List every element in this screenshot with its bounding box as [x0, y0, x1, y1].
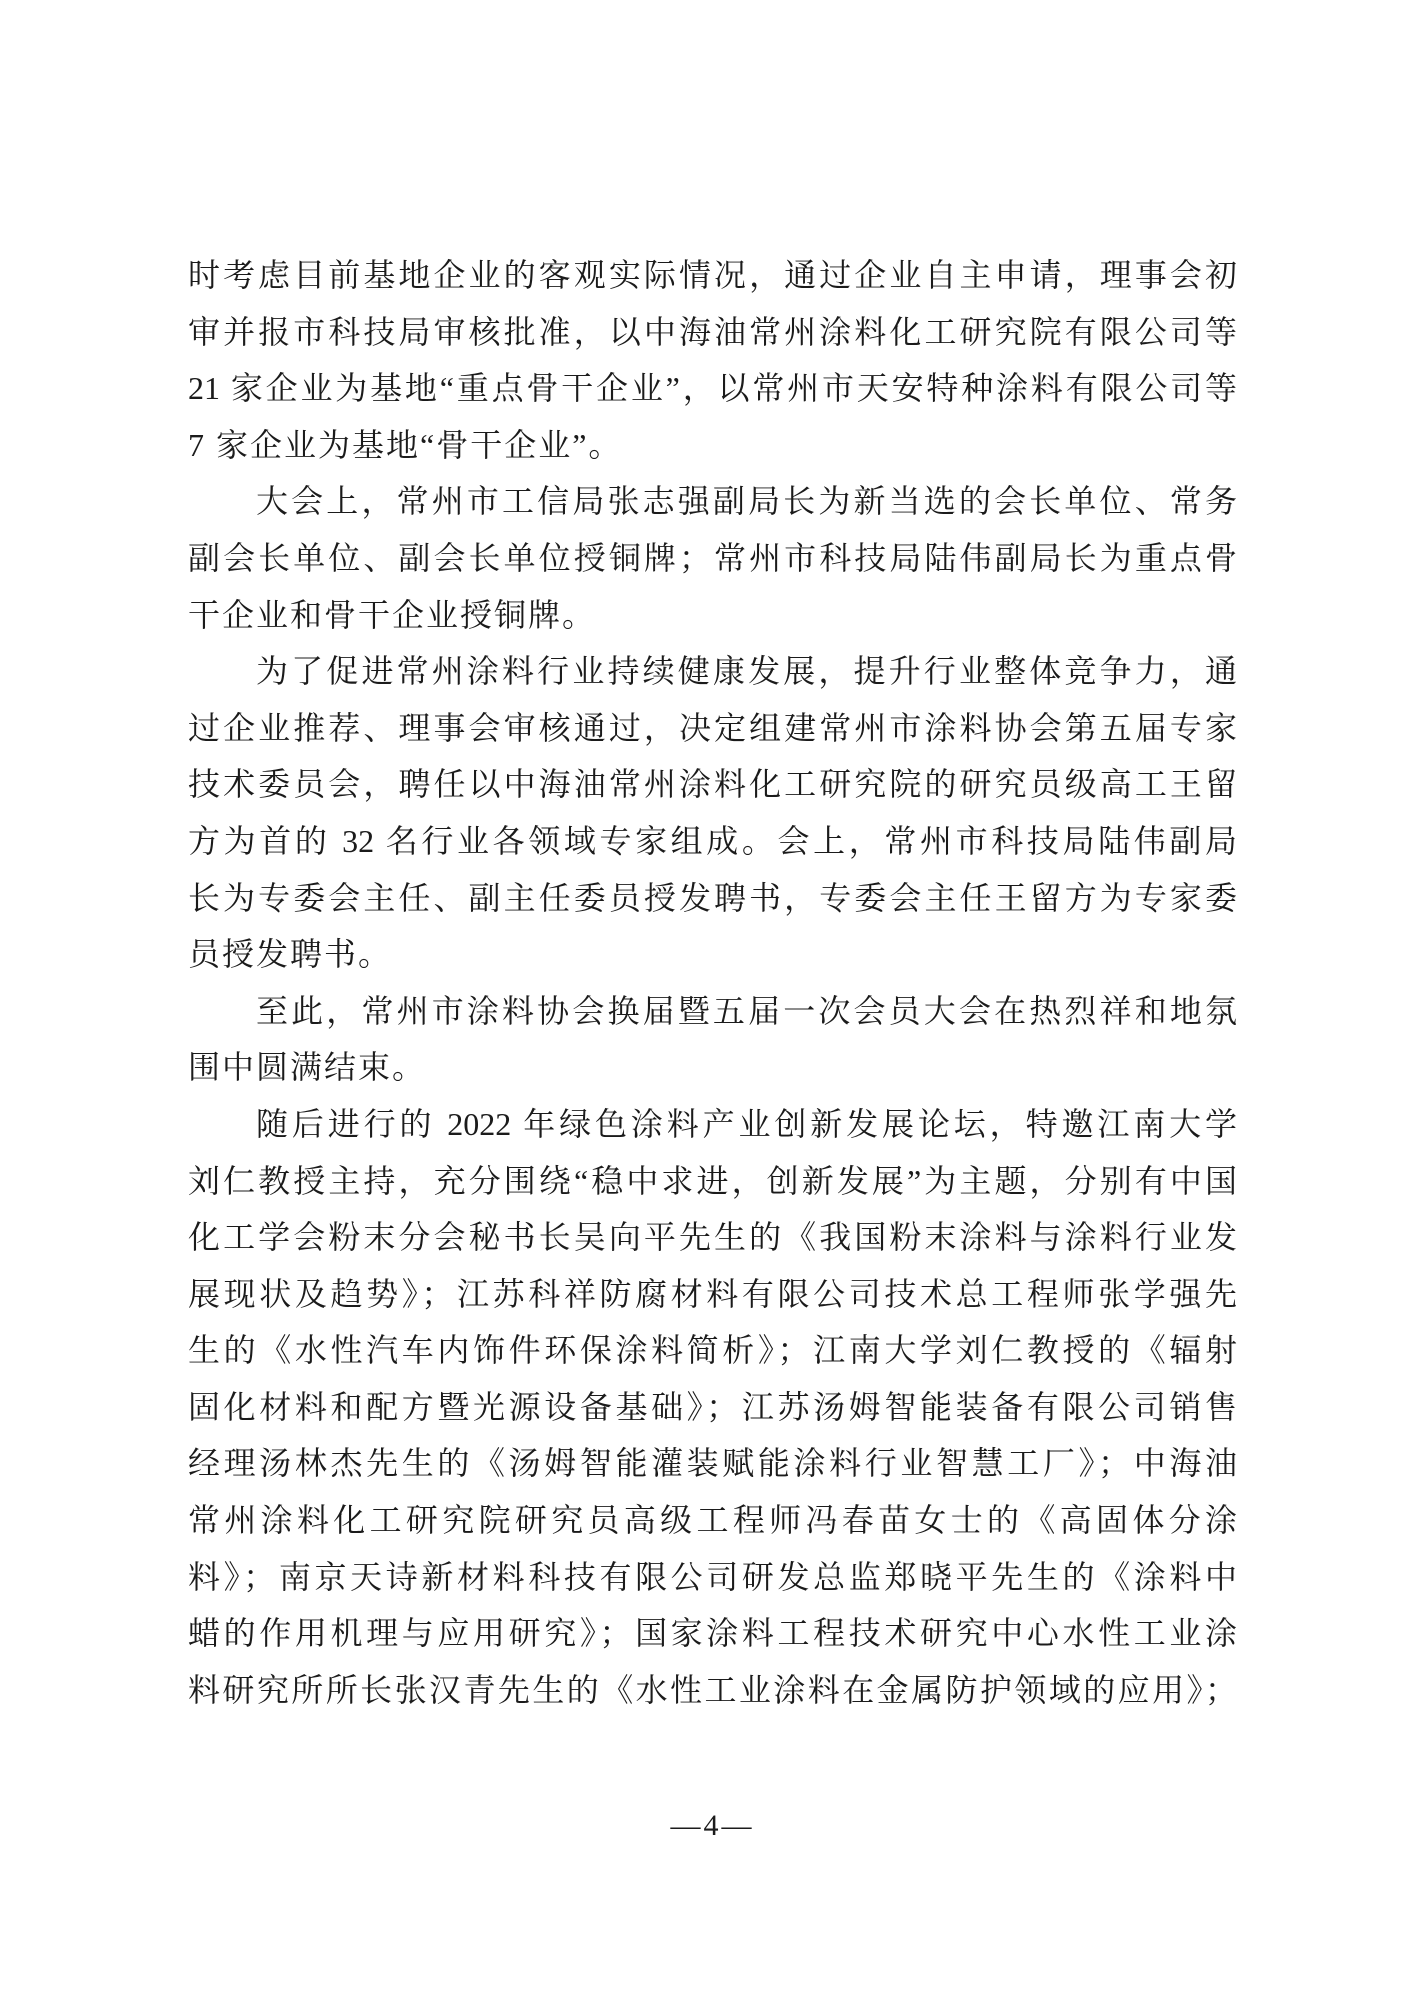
- text-line: 刘仁教授主持，充分围绕“稳中求进，创新发展”为主题，分别有中国: [188, 1153, 1237, 1210]
- text-line: 至此，常州市涂料协会换届暨五届一次会员大会在热烈祥和地氛: [188, 983, 1237, 1040]
- text-line: 常州涂料化工研究院研究员高级工程师冯春苗女士的《高固体分涂: [188, 1492, 1237, 1549]
- text-line: 长为专委会主任、副主任委员授发聘书，专委会主任王留方为专家委: [188, 870, 1237, 927]
- text-line: 干企业和骨干企业授铜牌。: [188, 587, 1237, 644]
- text-line: 副会长单位、副会长单位授铜牌；常州市科技局陆伟副局长为重点骨: [188, 530, 1237, 587]
- text-line: 固化材料和配方暨光源设备基础》；江苏汤姆智能装备有限公司销售: [188, 1379, 1237, 1436]
- body-text: 时考虑目前基地企业的客观实际情况，通过企业自主申请，理事会初审并报市科技局审核批…: [188, 247, 1237, 1718]
- text-line: 料》；南京天诗新材料科技有限公司研发总监郑晓平先生的《涂料中: [188, 1549, 1237, 1606]
- text-line: 蜡的作用机理与应用研究》；国家涂料工程技术研究中心水性工业涂: [188, 1605, 1237, 1662]
- text-line: 随后进行的 2022 年绿色涂料产业创新发展论坛，特邀江南大学: [188, 1096, 1237, 1153]
- text-line: 生的《水性汽车内饰件环保涂料简析》；江南大学刘仁教授的《辐射: [188, 1322, 1237, 1379]
- page-number: —4—: [188, 1806, 1237, 1846]
- text-line: 技术委员会，聘任以中海油常州涂料化工研究院的研究员级高工王留: [188, 756, 1237, 813]
- text-line: 员授发聘书。: [188, 926, 1237, 983]
- text-line: 为了促进常州涂料行业持续健康发展，提升行业整体竞争力，通: [188, 643, 1237, 700]
- document-page: 时考虑目前基地企业的客观实际情况，通过企业自主申请，理事会初审并报市科技局审核批…: [0, 0, 1415, 2000]
- text-line: 7 家企业为基地“骨干企业”。: [188, 417, 1237, 474]
- text-line: 化工学会粉末分会秘书长吴向平先生的《我国粉末涂料与涂料行业发: [188, 1209, 1237, 1266]
- text-line: 21 家企业为基地“重点骨干企业”，以常州市天安特种涂料有限公司等: [188, 360, 1237, 417]
- text-line: 大会上，常州市工信局张志强副局长为新当选的会长单位、常务: [188, 473, 1237, 530]
- text-line: 时考虑目前基地企业的客观实际情况，通过企业自主申请，理事会初: [188, 247, 1237, 304]
- text-line: 过企业推荐、理事会审核通过，决定组建常州市涂料协会第五届专家: [188, 700, 1237, 757]
- text-line: 围中圆满结束。: [188, 1039, 1237, 1096]
- text-line: 审并报市科技局审核批准，以中海油常州涂料化工研究院有限公司等: [188, 304, 1237, 361]
- text-line: 料研究所所长张汉青先生的《水性工业涂料在金属防护领域的应用》；: [188, 1662, 1237, 1719]
- text-line: 展现状及趋势》；江苏科祥防腐材料有限公司技术总工程师张学强先: [188, 1266, 1237, 1323]
- page-number-label: —4—: [671, 1809, 755, 1842]
- text-line: 经理汤林杰先生的《汤姆智能灌装赋能涂料行业智慧工厂》；中海油: [188, 1435, 1237, 1492]
- text-line: 方为首的 32 名行业各领域专家组成。会上，常州市科技局陆伟副局: [188, 813, 1237, 870]
